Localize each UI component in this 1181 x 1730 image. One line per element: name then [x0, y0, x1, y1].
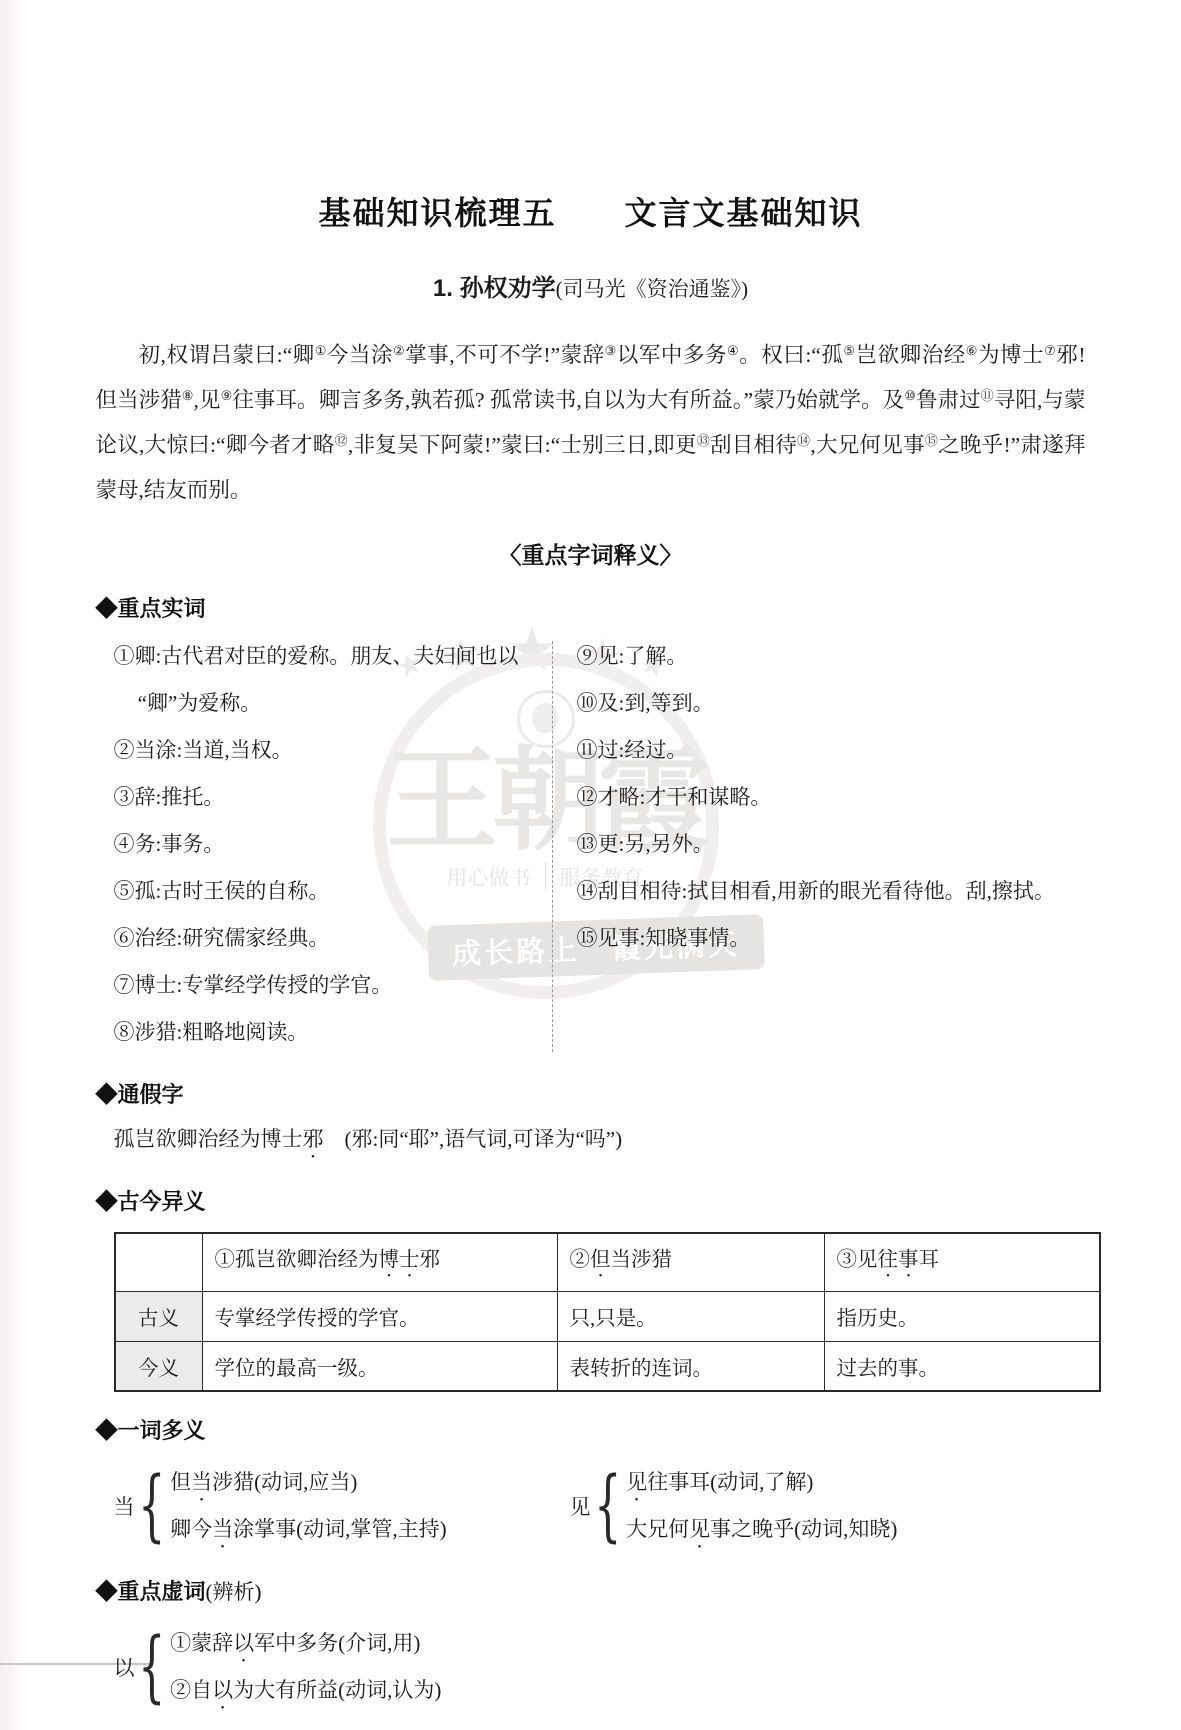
polysemy-item: 大兄何见事之晚乎(动词,知晓) [626, 1506, 897, 1553]
polysemy-item: 但当涉猎(动词,应当) [170, 1459, 447, 1506]
polysemy-word: 当 [114, 1491, 135, 1521]
heading-xuci-note: (辨析) [206, 1580, 262, 1604]
textbook-page: 基础知识梳理五 文言文基础知识 1. 孙权劝学(司马光《资治通鉴》) 初,权谓吕… [96, 188, 1086, 1714]
function-word-group-yi: 以 { ①蒙辞以军中多务(介词,用) ②自以为大有所益(动词,认为) [114, 1620, 442, 1714]
definition-item: ⑩及:到,等到。 [577, 680, 1086, 727]
scan-edge-tint [0, 0, 26, 1730]
polysemy-word: 见 [570, 1491, 591, 1521]
polysemy-item: 卿今当涂掌事(动词,掌管,主持) [170, 1506, 447, 1553]
table-header-cell: ②但当涉猎 [557, 1233, 824, 1291]
gujin-table: ①孤岂欲卿治经为博士邪 ②但当涉猎 ③见往事耳 古义 专掌经学传授的学官。 只,… [114, 1232, 1101, 1392]
lesson-title: 1. 孙权劝学(司马光《资治通鉴》) [96, 268, 1086, 303]
table-cell: 过去的事。 [824, 1341, 1100, 1391]
polysemy-items: 但当涉猎(动词,应当) 卿今当涂掌事(动词,掌管,主持) [170, 1459, 447, 1553]
definition-item: ⑭刮目相待:拭目相看,用新的眼光看待他。刮,擦拭。 [577, 868, 1086, 915]
lesson-source: (司马光《资治通鉴》) [556, 277, 749, 301]
heading-key-content-words: ◆重点实词 [96, 592, 1086, 623]
function-word-items: ①蒙辞以军中多务(介词,用) ②自以为大有所益(动词,认为) [170, 1620, 441, 1714]
definition-item: ⑨见:了解。 [577, 633, 1086, 680]
brace-icon: { [594, 1471, 621, 1541]
table-header-cell: ①孤岂欲卿治经为博士邪 [202, 1233, 557, 1291]
brace-icon: { [138, 1471, 165, 1541]
function-word-item: ①蒙辞以军中多务(介词,用) [170, 1620, 441, 1667]
definition-item: ⑥治经:研究儒家经典。 [114, 915, 552, 962]
heading-tongjiazi: ◆通假字 [96, 1078, 1086, 1109]
definition-item: ⑬更:另,另外。 [577, 821, 1086, 868]
table-cell: 学位的最高一级。 [202, 1341, 557, 1391]
definitions-two-columns: ①卿:古代君对臣的爱称。朋友、夫妇间也以“卿”为爱称。 ②当涂:当道,当权。 ③… [96, 633, 1086, 1056]
definition-item: ④务:事务。 [114, 821, 552, 868]
definitions-right-column: ⑨见:了解。 ⑩及:到,等到。 ⑪过:经过。 ⑫才略:才干和谋略。 ⑬更:另,另… [553, 633, 1086, 1056]
definition-item: ③辞:推托。 [114, 774, 552, 821]
function-word: 以 [114, 1652, 135, 1682]
section-title-key-words: 〈重点字词释义〉 [96, 537, 1086, 570]
polysemy-items: 见往事耳(动词,了解) 大兄何见事之晚乎(动词,知晓) [626, 1459, 897, 1553]
definition-item: ①卿:古代君对臣的爱称。朋友、夫妇间也以“卿”为爱称。 [114, 633, 552, 727]
row-label-ancient: 古义 [115, 1291, 203, 1341]
heading-yici-duoyi: ◆一词多义 [96, 1414, 1086, 1445]
tongjiazi-line: 孤岂欲卿治经为博士邪 (邪:同“耶”,语气词,可译为“吗”) [114, 1117, 1086, 1163]
definition-item: ⑮见事:知晓事情。 [577, 915, 1086, 962]
polysemy-row: 当 { 但当涉猎(动词,应当) 卿今当涂掌事(动词,掌管,主持) 见 { 见往事… [114, 1459, 1086, 1553]
definition-item: ⑫才略:才干和谋略。 [577, 774, 1086, 821]
function-word-item: ②自以为大有所益(动词,认为) [170, 1667, 441, 1714]
row-label-modern: 今义 [115, 1341, 203, 1391]
table-header-cell: ③见往事耳 [824, 1233, 1100, 1291]
table-cell: 表转折的连词。 [557, 1341, 824, 1391]
heading-gujin-yiyi: ◆古今异义 [96, 1185, 1086, 1216]
polysemy-group-jian: 见 { 见往事耳(动词,了解) 大兄何见事之晚乎(动词,知晓) [570, 1459, 898, 1553]
table-row: 今义 学位的最高一级。 表转折的连词。 过去的事。 [115, 1341, 1100, 1391]
table-cell: 专掌经学传授的学官。 [202, 1291, 557, 1341]
table-cell: 只,只是。 [557, 1291, 824, 1341]
table-cell: 指历史。 [824, 1291, 1100, 1341]
table-corner-cell [115, 1233, 203, 1291]
page-title: 基础知识梳理五 文言文基础知识 [96, 188, 1086, 234]
polysemy-group-dang: 当 { 但当涉猎(动词,应当) 卿今当涂掌事(动词,掌管,主持) [114, 1459, 534, 1553]
lesson-number-and-name: 1. 孙权劝学 [433, 275, 556, 302]
heading-xuci-main: ◆重点虚词 [96, 1579, 206, 1604]
function-word-row: 以 { ①蒙辞以军中多务(介词,用) ②自以为大有所益(动词,认为) [114, 1620, 1086, 1714]
definition-item: ⑤孤:古时王侯的自称。 [114, 868, 552, 915]
definition-item: ⑧涉猎:粗略地阅读。 [114, 1009, 552, 1056]
passage-text: 初,权谓吕蒙曰:“卿①今当涂②掌事,不可不学!”蒙辞③以军中多务④。权曰:“孤⑤… [96, 333, 1086, 513]
definitions-left-column: ①卿:古代君对臣的爱称。朋友、夫妇间也以“卿”为爱称。 ②当涂:当道,当权。 ③… [96, 633, 552, 1056]
table-header-row: ①孤岂欲卿治经为博士邪 ②但当涉猎 ③见往事耳 [115, 1233, 1100, 1291]
definition-item: ②当涂:当道,当权。 [114, 727, 552, 774]
brace-icon: { [138, 1632, 165, 1702]
polysemy-item: 见往事耳(动词,了解) [626, 1459, 897, 1506]
definition-item: ⑦博士:专掌经学传授的学官。 [114, 962, 552, 1009]
table-row: 古义 专掌经学传授的学官。 只,只是。 指历史。 [115, 1291, 1100, 1341]
heading-xuci: ◆重点虚词(辨析) [96, 1575, 1086, 1606]
definition-item: ⑪过:经过。 [577, 727, 1086, 774]
